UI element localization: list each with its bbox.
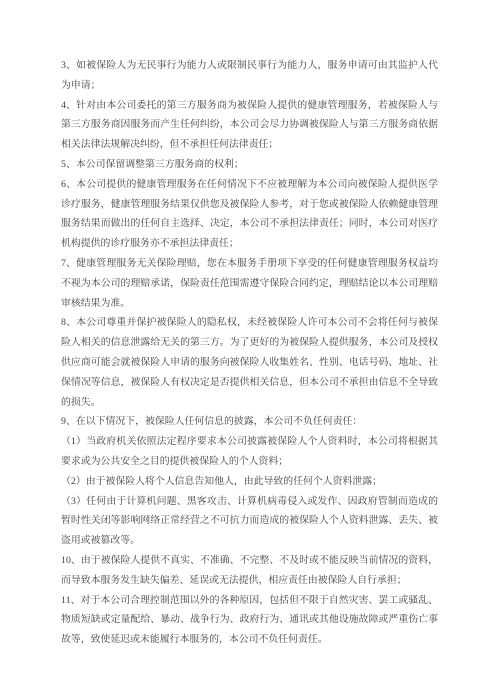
- clause-paragraph: 9、在以下情况下，被保险人任何信息的披露，本公司不负任何责任：: [61, 412, 438, 432]
- clause-paragraph: 6、本公司提供的健康管理服务在任何情况下不应被理解为本公司向被保险人提供医学诊疗…: [61, 175, 438, 254]
- document-page: 3、如被保险人为无民事行为能力人或限制民事行为能力人，服务申请可由其监护人代为申…: [0, 0, 495, 700]
- clause-paragraph: 4、针对由本公司委托的第三方服务商为被保险人提供的健康管理服务，若被保险人与第三…: [61, 96, 438, 155]
- terms-clauses-list: 3、如被保险人为无民事行为能力人或限制民事行为能力人，服务申请可由其监护人代为申…: [61, 56, 438, 650]
- clause-paragraph: 8、本公司尊重并保护被保险人的隐私权，未经被保险人许可本公司不会将任何与被保险人…: [61, 313, 438, 412]
- clause-paragraph: 5、本公司保留调整第三方服务商的权利；: [61, 155, 438, 175]
- clause-paragraph: 3、如被保险人为无民事行为能力人或限制民事行为能力人，服务申请可由其监护人代为申…: [61, 56, 438, 96]
- clause-paragraph: 7、健康管理服务无关保险理赔，您在本服务手册项下享受的任何健康管理服务权益均不视…: [61, 254, 438, 313]
- clause-paragraph: 11、对于本公司合理控制范围以外的各种原因，包括但不限于自然灾害、罢工或骚乱、物…: [61, 591, 438, 650]
- clause-paragraph: 10、由于被保险人提供不真实、不准确、不完整、不及时或不能反映当前情况的资料，而…: [61, 551, 438, 591]
- clause-paragraph: （1）当政府机关依照法定程序要求本公司披露被保险人个人资料时，本公司将根据其要求…: [61, 432, 438, 472]
- clause-paragraph: （3）任何由于计算机问题、黑客攻击、计算机病毒侵入或发作、因政府管制而造成的暂时…: [61, 492, 438, 551]
- clause-paragraph: （2）由于被保险人将个人信息告知他人，由此导致的任何个人资料泄露；: [61, 472, 438, 492]
